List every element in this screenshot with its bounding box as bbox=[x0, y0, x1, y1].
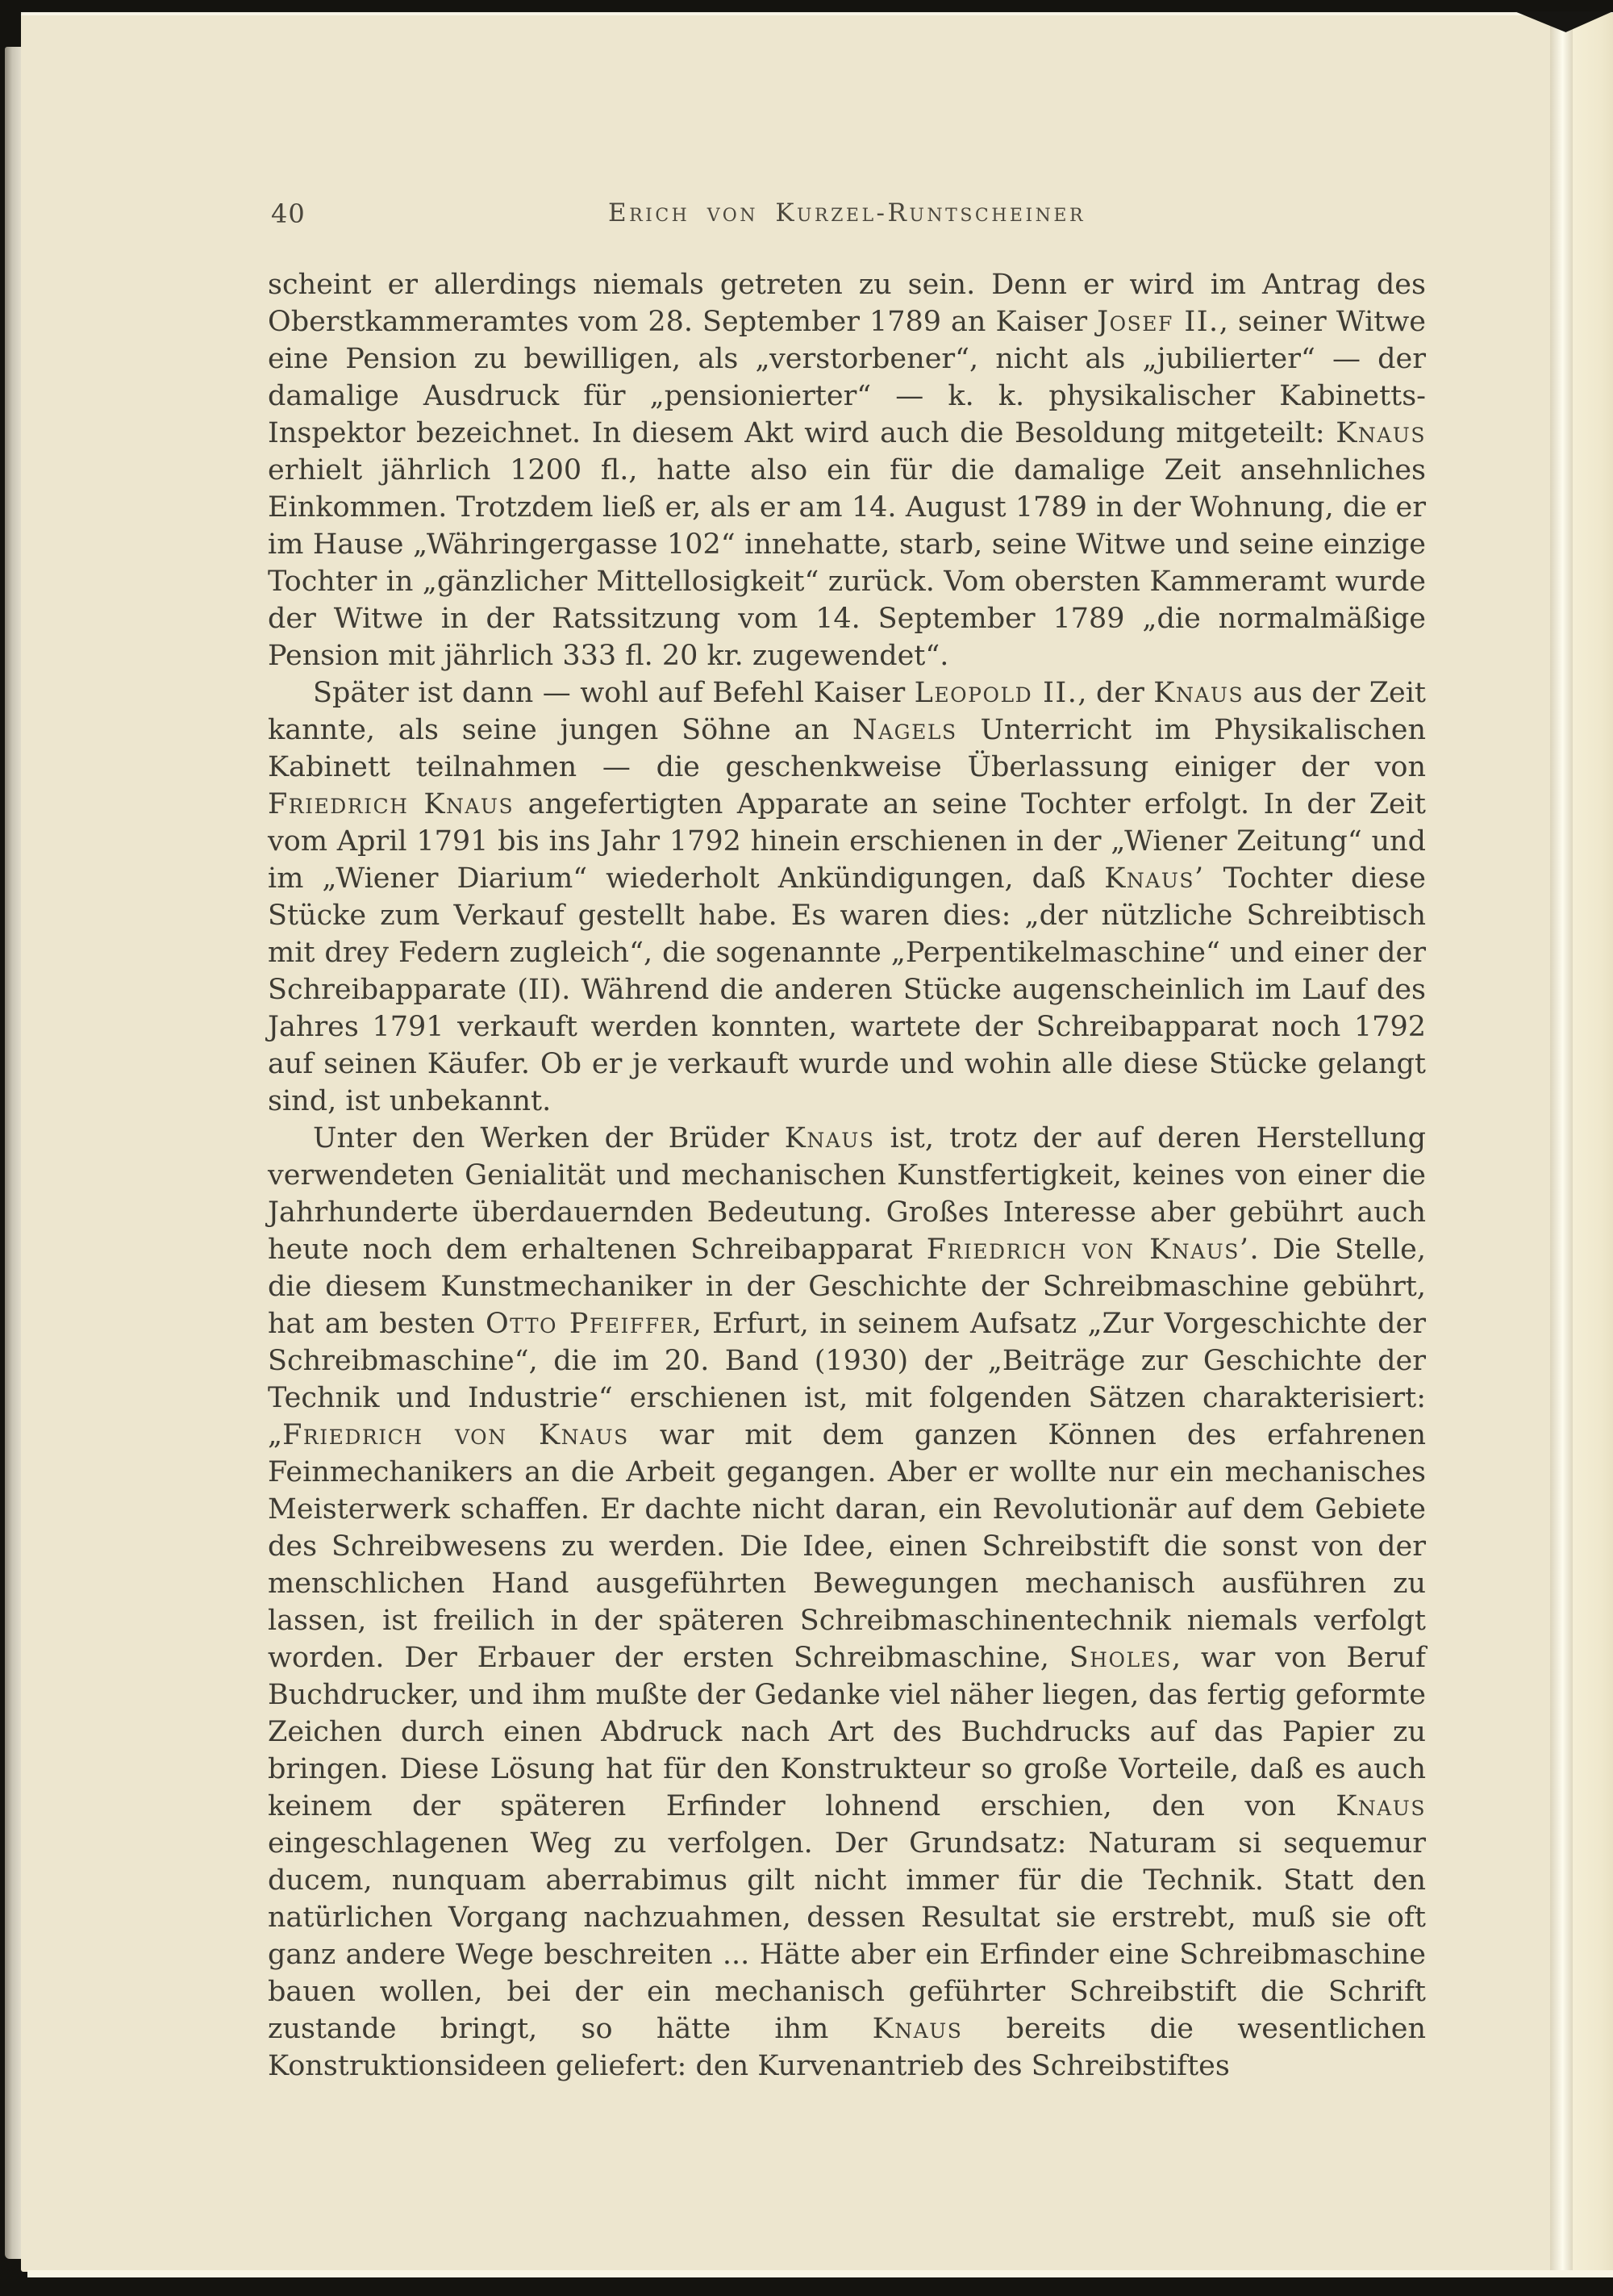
running-header-title: Erich von Kurzel-Runtscheiner bbox=[268, 198, 1426, 228]
person-name: Knaus’ bbox=[1104, 862, 1204, 895]
body-text: scheint er allerdings niemals getreten z… bbox=[268, 266, 1426, 2085]
person-name: Friedrich Knaus bbox=[268, 788, 514, 820]
person-name: Friedrich von Knaus’ bbox=[927, 1234, 1250, 1266]
text-run: Später ist dann — wohl auf Befehl Kaiser bbox=[313, 677, 915, 709]
person-name: Knaus bbox=[1153, 677, 1244, 709]
person-name: Knaus bbox=[785, 1122, 875, 1154]
person-name: Knaus bbox=[873, 2013, 963, 2045]
text-run: war mit dem ganzen Können des erfahrenen… bbox=[268, 1419, 1426, 1674]
person-name: Josef II. bbox=[1097, 306, 1219, 338]
person-name: Knaus bbox=[1336, 1790, 1426, 1822]
paragraph: scheint er allerdings niemals getreten z… bbox=[268, 266, 1426, 674]
text-run: Unter den Werken der Brüder bbox=[313, 1122, 785, 1154]
person-name: Sholes bbox=[1069, 1642, 1172, 1674]
person-name: Otto Pfeiffer bbox=[486, 1308, 693, 1340]
paragraph: Unter den Werken der Brüder Knaus ist, t… bbox=[268, 1120, 1426, 2085]
person-name: Friedrich von Knaus bbox=[282, 1419, 629, 1451]
text-run: , der bbox=[1077, 677, 1153, 709]
person-name: Nagels bbox=[852, 714, 957, 746]
page-top-edge bbox=[21, 12, 1613, 15]
text-run: Tochter diese Stücke zum Verkauf gestell… bbox=[268, 862, 1426, 1117]
facing-page-edge bbox=[1573, 13, 1613, 2272]
page-bottom-edge bbox=[27, 2270, 1613, 2277]
person-name: Knaus bbox=[1336, 417, 1426, 449]
person-name: Leopold II. bbox=[915, 677, 1078, 709]
paragraph: Später ist dann — wohl auf Befehl Kaiser… bbox=[268, 674, 1426, 1120]
book-scan: 40 Erich von Kurzel-Runtscheiner scheint… bbox=[0, 0, 1613, 2296]
text-run: erhielt jährlich 1200 fl., hatte also ei… bbox=[268, 454, 1426, 672]
page-gutter-crease bbox=[1550, 13, 1573, 2272]
running-head: 40 Erich von Kurzel-Runtscheiner bbox=[268, 198, 1426, 231]
printed-content: 40 Erich von Kurzel-Runtscheiner scheint… bbox=[268, 198, 1426, 231]
